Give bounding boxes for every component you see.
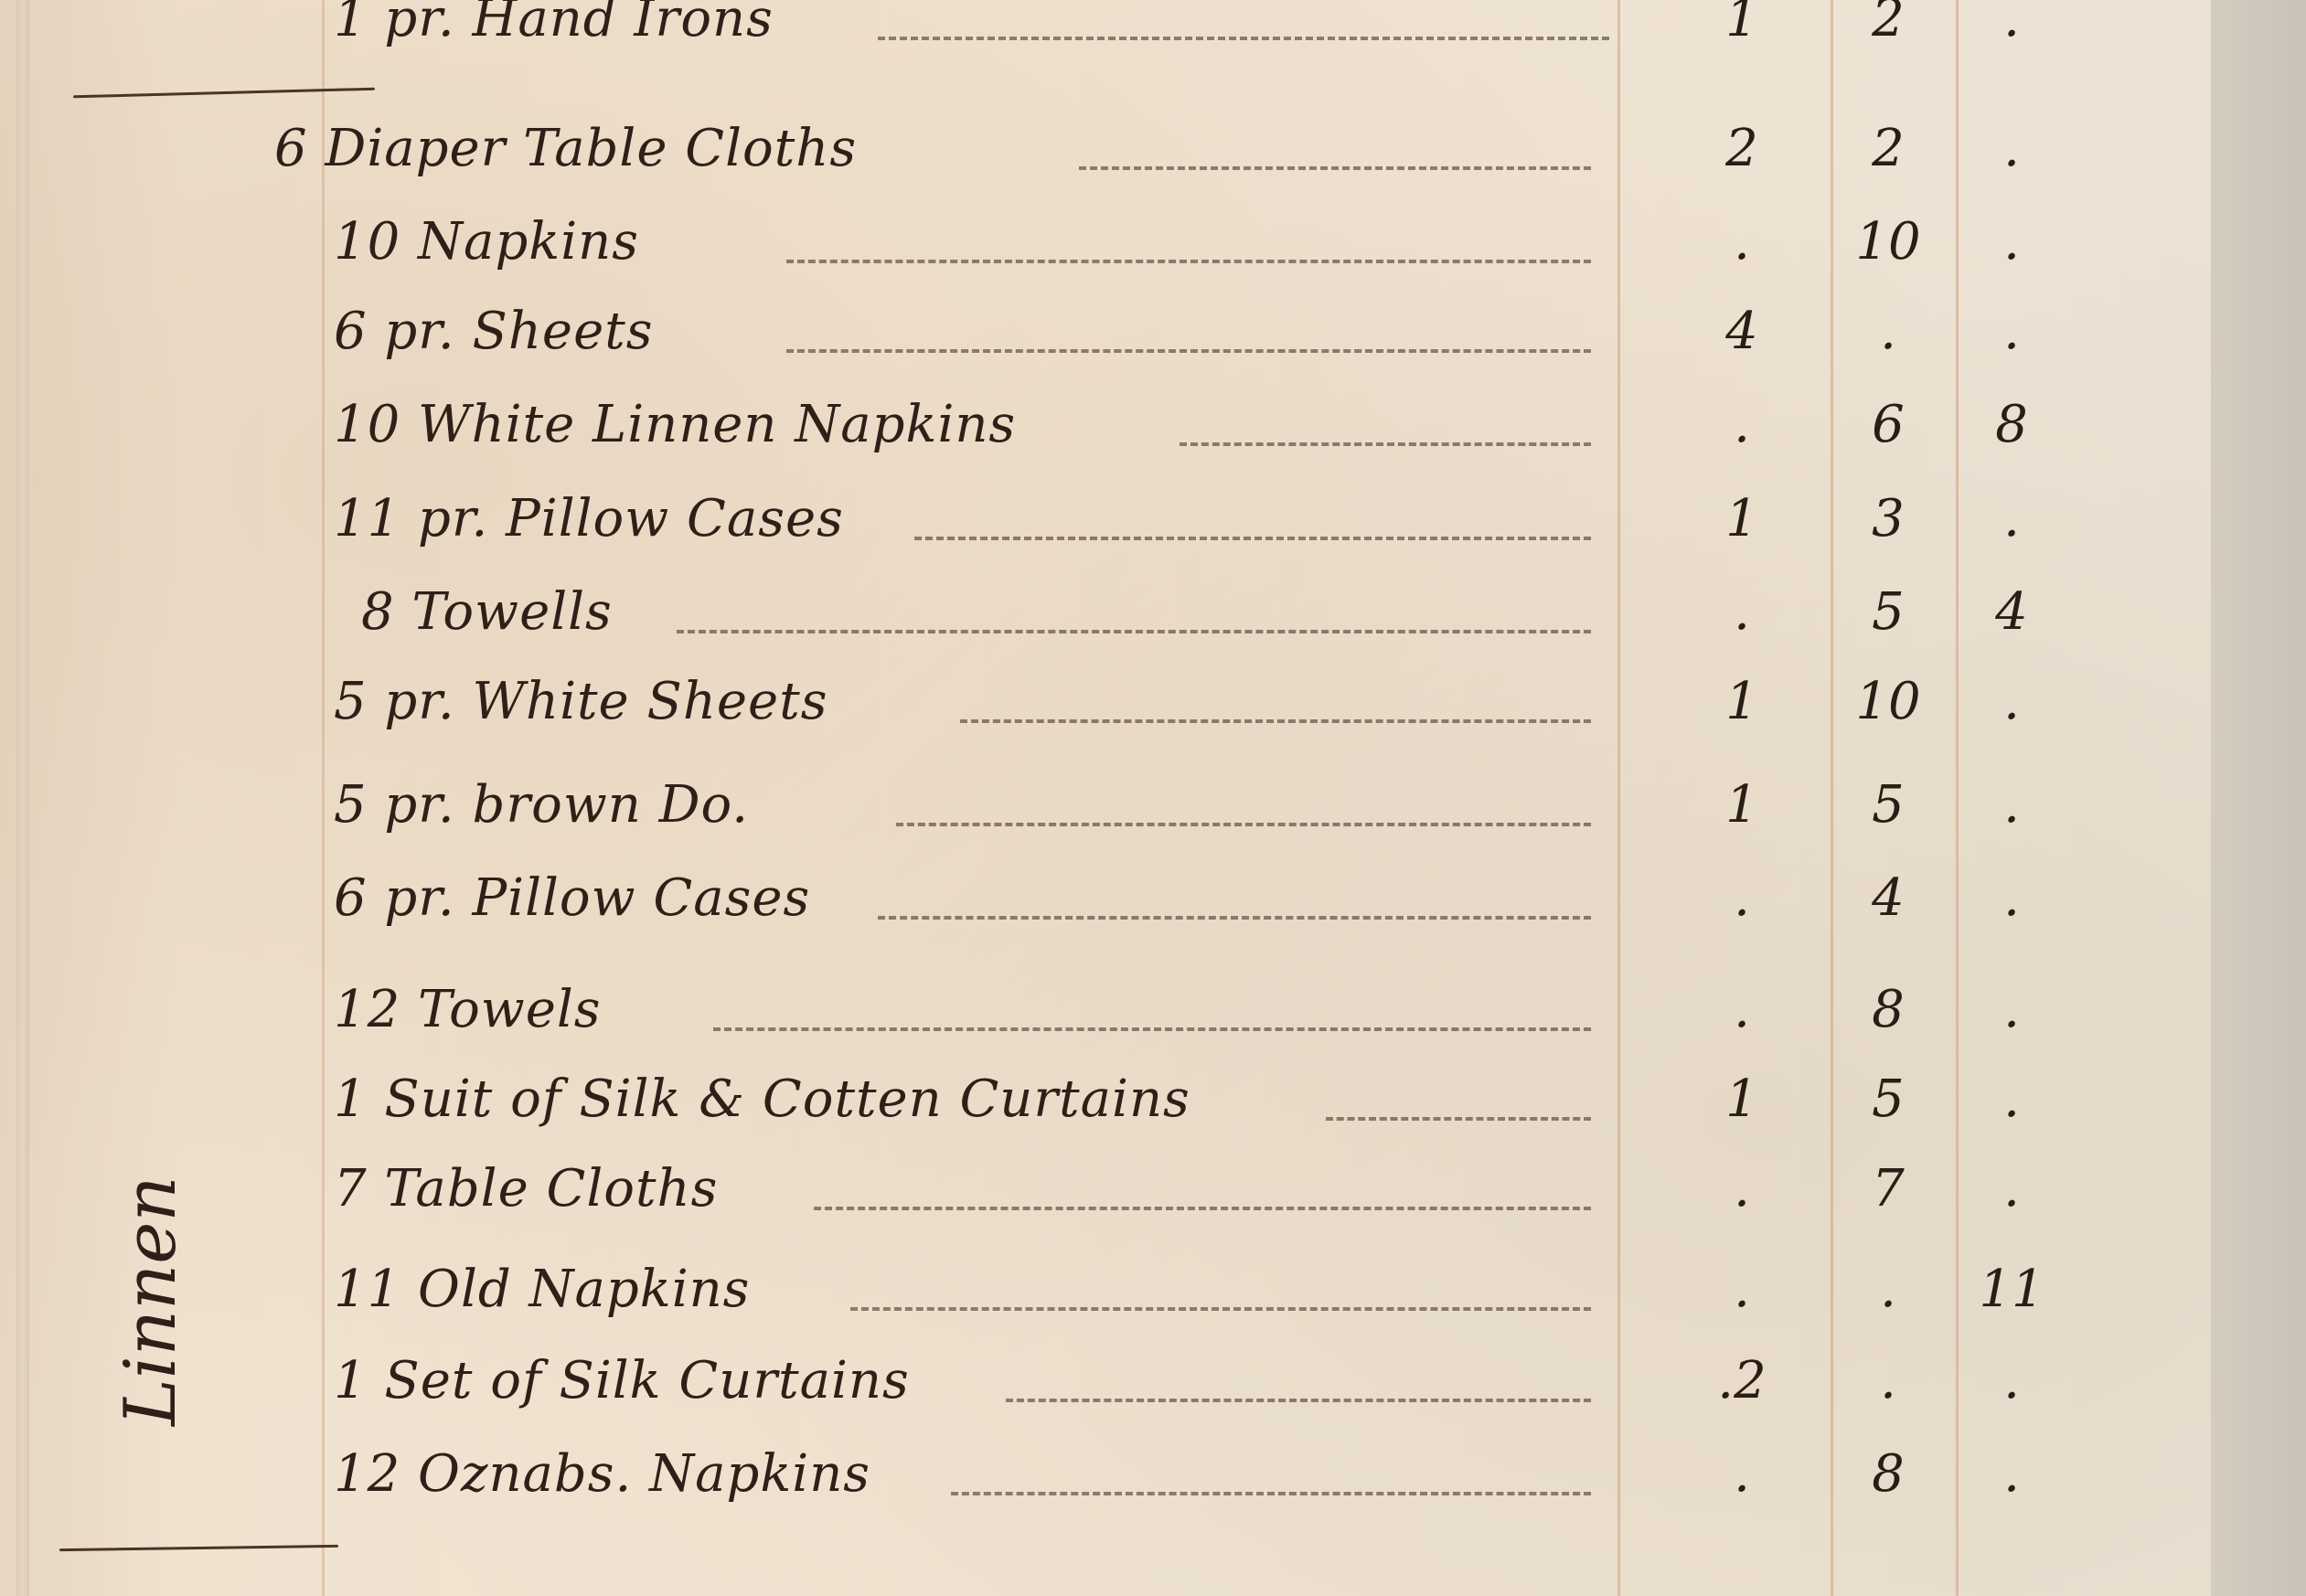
leader-dashes (1006, 1371, 1591, 1402)
pence-value: . (1957, 302, 2066, 361)
item-description: 7 Table Cloths (334, 1159, 718, 1218)
item-description: 10 Napkins (334, 212, 639, 271)
shillings-value: 5 (1833, 1069, 1943, 1129)
item-description: 11 Old Napkins (334, 1260, 750, 1319)
pounds-value: 4 (1687, 302, 1797, 361)
ledger-row: 11 pr. Pillow Cases 1 3 . (0, 489, 2211, 571)
pence-value: 4 (1957, 582, 2066, 642)
pence-value: . (1957, 672, 2066, 731)
pence-value: . (1957, 1444, 2066, 1504)
pounds-value: . (1687, 980, 1797, 1039)
leader-dashes (914, 509, 1591, 540)
pounds-value: . (1687, 868, 1797, 928)
item-description: 8 Towells (361, 582, 613, 642)
ledger-row: 1 pr. Hand Irons 1 2 . (0, 0, 2211, 71)
item-description: 1 Suit of Silk & Cotten Curtains (334, 1069, 1190, 1129)
pence-value: . (1957, 1159, 2066, 1218)
pounds-value: . (1687, 395, 1797, 454)
pounds-value: . (1687, 1444, 1797, 1504)
ledger-row: 5 pr. White Sheets 1 10 . (0, 672, 2211, 754)
shillings-value: 8 (1833, 1444, 1943, 1504)
ledger-row: 7 Table Cloths . 7 . (0, 1159, 2211, 1241)
pence-value: . (1957, 0, 2066, 48)
pence-value: . (1957, 868, 2066, 928)
item-description: 6 pr. Pillow Cases (334, 868, 810, 928)
shillings-value: 10 (1833, 672, 1943, 731)
shillings-value: 5 (1833, 582, 1943, 642)
leader-dashes (878, 9, 1609, 40)
item-description: 12 Oznabs. Napkins (334, 1444, 870, 1504)
ledger-row: 6 pr. Sheets 4 . . (0, 302, 2211, 384)
leader-dashes (1180, 415, 1591, 446)
shillings-value: . (1833, 1351, 1943, 1410)
item-description: 1 Set of Silk Curtains (334, 1351, 910, 1410)
ledger-row: 10 Napkins . 10 . (0, 212, 2211, 294)
pence-value: . (1957, 1351, 2066, 1410)
pence-value: . (1957, 1069, 2066, 1129)
shillings-value: 10 (1833, 212, 1943, 271)
shillings-value: 2 (1833, 119, 1943, 178)
ledger-row: 6 pr. Pillow Cases . 4 . (0, 868, 2211, 951)
leader-dashes (786, 232, 1591, 263)
item-description: 6 Diaper Table Cloths (274, 119, 857, 178)
pounds-value: . (1687, 1159, 1797, 1218)
pounds-value: . (1687, 212, 1797, 271)
ledger-row: 12 Oznabs. Napkins . 8 . (0, 1444, 2211, 1527)
shillings-value: 8 (1833, 980, 1943, 1039)
pounds-value: 1 (1687, 489, 1797, 548)
item-description: 11 pr. Pillow Cases (334, 489, 844, 548)
adjacent-page-edge (2211, 0, 2306, 1596)
leader-dashes (960, 692, 1591, 723)
ledger-row: 12 Towels . 8 . (0, 980, 2211, 1062)
leader-dashes (896, 795, 1591, 826)
ledger-row: 5 pr. brown Do. 1 5 . (0, 775, 2211, 857)
item-description: 1 pr. Hand Irons (334, 0, 774, 48)
shillings-value: 7 (1833, 1159, 1943, 1218)
ledger-row: 11 Old Napkins . . 11 (0, 1260, 2211, 1342)
shillings-value: . (1833, 1260, 1943, 1319)
leader-dashes (713, 1000, 1591, 1031)
pounds-value: . (1687, 582, 1797, 642)
pounds-value: 1 (1687, 775, 1797, 835)
leader-dashes (814, 1179, 1591, 1210)
shillings-value: 2 (1833, 0, 1943, 48)
shillings-value: . (1833, 302, 1943, 361)
leader-dashes (878, 888, 1591, 920)
ledger-page: Linnen 1 pr. Hand Irons 1 2 . 6 Diaper T… (0, 0, 2211, 1596)
leader-dashes (951, 1464, 1591, 1495)
leader-dashes (1326, 1090, 1591, 1121)
pence-value: 11 (1957, 1260, 2066, 1319)
section-divider-bottom (59, 1545, 338, 1551)
pounds-value: . (1687, 1260, 1797, 1319)
shillings-value: 5 (1833, 775, 1943, 835)
item-description: 5 pr. brown Do. (334, 775, 749, 835)
leader-dashes (850, 1280, 1591, 1311)
item-description: 6 pr. Sheets (334, 302, 653, 361)
leader-dashes (1079, 139, 1591, 170)
ledger-row: 1 Suit of Silk & Cotten Curtains 1 5 . (0, 1069, 2211, 1152)
section-divider-top (73, 88, 375, 99)
item-description: 12 Towels (334, 980, 602, 1039)
leader-dashes (786, 322, 1591, 353)
shillings-value: 4 (1833, 868, 1943, 928)
pence-value: . (1957, 119, 2066, 178)
pounds-value: 1 (1687, 1069, 1797, 1129)
item-description: 5 pr. White Sheets (334, 672, 827, 731)
ledger-row: 1 Set of Silk Curtains .2 . . (0, 1351, 2211, 1433)
pounds-value: 1 (1687, 0, 1797, 48)
pence-value: . (1957, 489, 2066, 548)
pence-value: . (1957, 212, 2066, 271)
shillings-value: 6 (1833, 395, 1943, 454)
item-description: 10 White Linnen Napkins (334, 395, 1016, 454)
pence-value: . (1957, 980, 2066, 1039)
shillings-value: 3 (1833, 489, 1943, 548)
pence-value: 8 (1957, 395, 2066, 454)
pounds-value: .2 (1687, 1351, 1797, 1410)
leader-dashes (677, 602, 1591, 633)
ledger-row: 6 Diaper Table Cloths 2 2 . (0, 119, 2211, 201)
pounds-value: 2 (1687, 119, 1797, 178)
ledger-row: 10 White Linnen Napkins . 6 8 (0, 395, 2211, 477)
pounds-value: 1 (1687, 672, 1797, 731)
ledger-row: 8 Towells . 5 4 (0, 582, 2211, 665)
pence-value: . (1957, 775, 2066, 835)
